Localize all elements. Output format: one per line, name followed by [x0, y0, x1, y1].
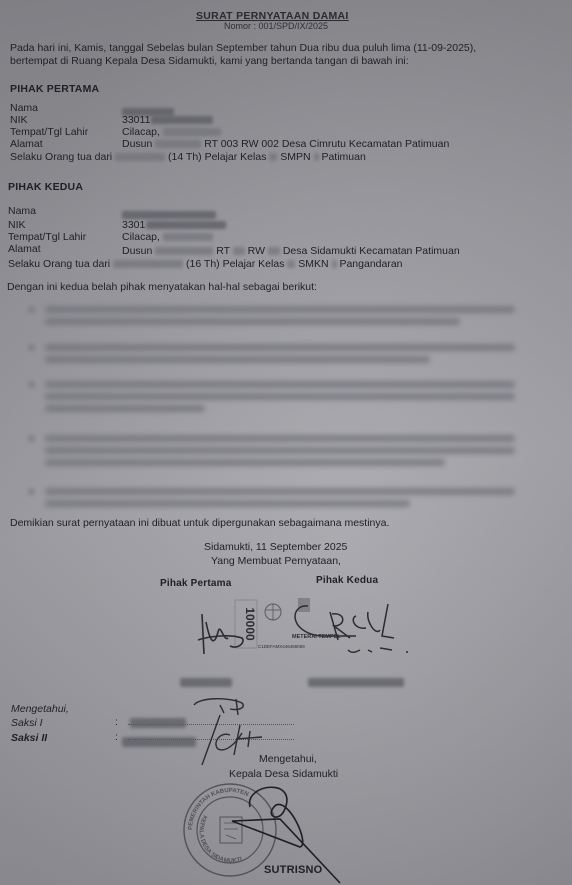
selaku-prefix: Selaku Orang tua dari: [8, 258, 110, 270]
witness-heading: Mengetahui,: [11, 703, 69, 715]
selaku-suffix: (14 Th) Pelajar Kelas: [168, 151, 266, 163]
pihak-pertama-heading: PIHAK PERTAMA: [10, 83, 99, 95]
label-nik: NIK: [10, 114, 28, 126]
witness-1-label: Saksi I: [11, 717, 43, 729]
statement-line-redacted: [45, 306, 515, 313]
statement-line-redacted: [45, 500, 410, 507]
school: SMKN: [298, 258, 328, 270]
statement-intro: Dengan ini kedua belah pihak menyatakan …: [7, 281, 317, 293]
statement-line-redacted: [45, 488, 515, 495]
statement-number-redacted: [28, 488, 35, 495]
label-nama: Nama: [8, 205, 36, 217]
village-head-name: SUTRISNO: [264, 864, 322, 876]
witness-2-colon: :: [115, 731, 118, 743]
ttl-value: Cilacap,: [122, 126, 221, 138]
alamat-prefix: Dusun: [122, 245, 152, 257]
nik-prefix: 3301: [122, 219, 145, 231]
statement-number-redacted: [28, 344, 35, 351]
signatures-meterai: 10000 METERAI TEMPEL C1DEFAMX446486069: [180, 592, 440, 672]
label-alamat: Alamat: [8, 243, 41, 255]
school-place: Pangandaran: [339, 258, 402, 270]
statement-number-redacted: [28, 381, 35, 388]
alamat-rw: RW: [248, 245, 265, 257]
village-stamp-icon: PEMERINTAH KABUPATEN KEPALA DESA SIDAMUK…: [184, 784, 276, 876]
statement-line-redacted: [45, 356, 430, 363]
ttl-prefix: Cilacap,: [122, 126, 160, 138]
signature-party2-icon: [295, 604, 408, 652]
alamat-suffix: RT 003 RW 002 Desa Cimrutu Kecamatan Pat…: [204, 138, 449, 150]
school-place: Patimuan: [321, 151, 365, 163]
meterai-code: C1DEFAMX446486069: [258, 644, 305, 649]
alamat-value: Dusun RT 003 RW 002 Desa Cimrutu Kecamat…: [122, 138, 449, 150]
selaku-prefix: Selaku Orang tua dari: [10, 151, 112, 163]
redacted-party2-name: [308, 674, 404, 692]
nik-value: 3301: [122, 219, 226, 231]
alamat-prefix: Dusun: [122, 138, 152, 150]
statement-line-redacted: [45, 381, 515, 388]
nik-value: 33011: [122, 114, 213, 126]
redacted-witness-2: [122, 733, 196, 751]
village-head-heading: Mengetahui,: [259, 753, 317, 765]
label-nama: Nama: [10, 102, 38, 114]
label-ttl: Tempat/Tgl Lahir: [10, 126, 88, 138]
statement-line-redacted: [45, 318, 460, 325]
signature-witness1-icon: [194, 699, 243, 715]
document-number: Nomor : 001/SPD/IX/2025: [224, 21, 328, 31]
selaku-line: Selaku Orang tua dari (16 Th) Pelajar Ke…: [8, 258, 403, 270]
selaku-line: Selaku Orang tua dari (14 Th) Pelajar Ke…: [10, 151, 366, 163]
statement-number-redacted: [28, 306, 35, 313]
alamat-value: Dusun RT RW Desa Sidamukti Kecamatan Pat…: [122, 245, 460, 257]
statement-line-redacted: [45, 435, 515, 442]
statement-line-redacted: [45, 344, 515, 351]
closing-line: Demikian surat pernyataan ini dibuat unt…: [10, 517, 389, 529]
label-nik: NIK: [8, 219, 26, 231]
place-date: Sidamukti, 11 September 2025: [204, 541, 347, 553]
label-ttl: Tempat/Tgl Lahir: [8, 231, 86, 243]
pihak-kedua-heading: PIHAK KEDUA: [8, 181, 83, 193]
statement-line-redacted: [45, 405, 205, 412]
opening-line-2: bertempat di Ruang Kepala Desa Sidamukti…: [10, 55, 409, 67]
meterai-stamp-icon: 10000 METERAI TEMPEL C1DEFAMX446486069: [235, 598, 341, 649]
statement-line-redacted: [45, 459, 445, 466]
witness-2-label: Saksi II: [11, 732, 47, 744]
alamat-suffix: Desa Sidamukti Kecamatan Patimuan: [283, 245, 460, 257]
signature-witness2-icon: [202, 715, 262, 765]
maker-label: Yang Membuat Pernyataan,: [211, 555, 341, 567]
label-alamat: Alamat: [10, 138, 43, 150]
nik-prefix: 33011: [122, 114, 150, 126]
redacted-party1-name: [180, 674, 232, 692]
statement-number-redacted: [28, 435, 35, 442]
meterai-value: 10000: [243, 607, 257, 641]
statement-line-redacted: [45, 393, 515, 400]
alamat-rt: RT: [216, 245, 230, 257]
redacted-witness-1: [130, 714, 186, 732]
witness-1-colon: :: [115, 716, 118, 728]
opening-line-1: Pada hari ini, Kamis, tanggal Sebelas bu…: [10, 42, 476, 54]
ttl-value: Cilacap,: [122, 231, 213, 243]
statement-line-redacted: [45, 447, 515, 454]
ttl-prefix: Cilacap,: [122, 231, 160, 243]
school: SMPN: [280, 151, 310, 163]
party1-label: Pihak Pertama: [160, 578, 232, 589]
party2-label: Pihak Kedua: [316, 575, 378, 586]
selaku-suffix: (16 Th) Pelajar Kelas: [186, 258, 284, 270]
